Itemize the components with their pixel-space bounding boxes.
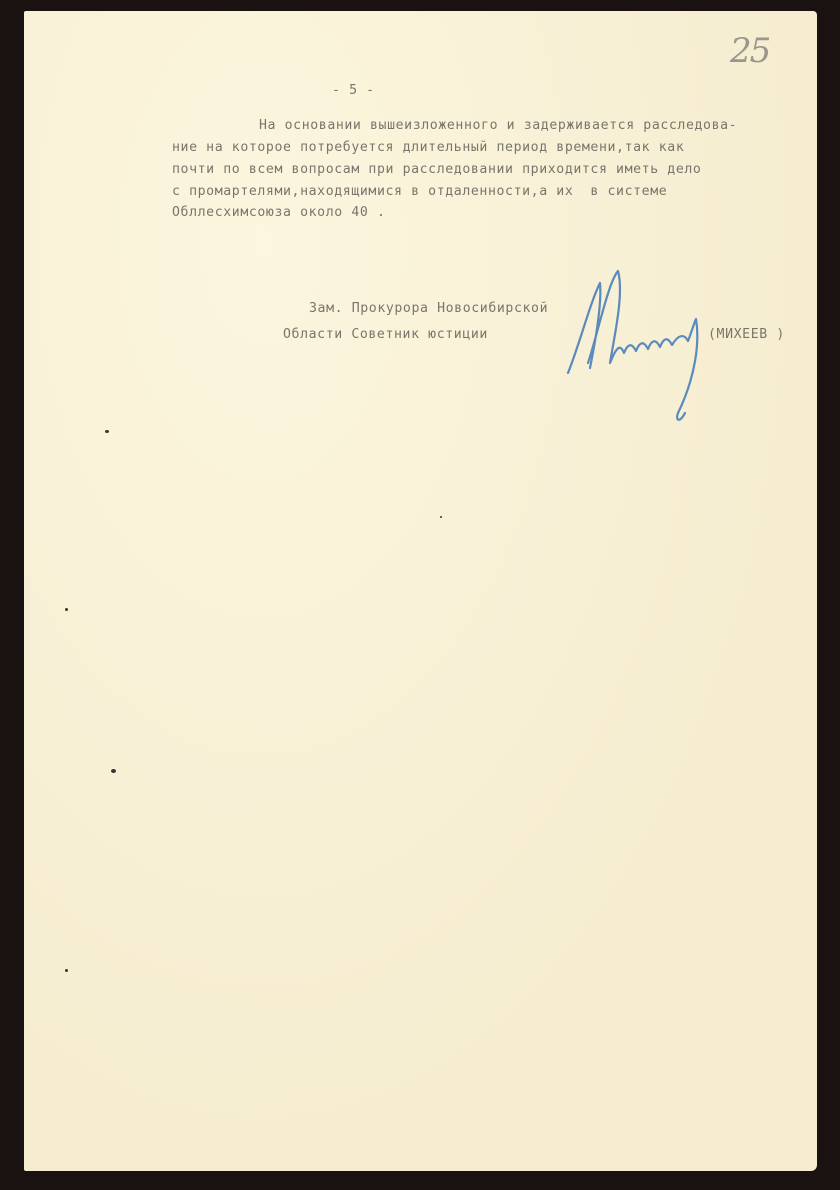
body-line: почти по всем вопросам при расследовании… [172,162,701,177]
ink-speck [440,516,442,518]
ink-speck [105,430,109,433]
body-line: ние на которое потребуется длительный пе… [172,140,684,155]
ink-speck [111,769,116,773]
body-line: На основании вышеизложенного и задержива… [259,118,737,133]
document-page: 25 - 5 - На основании вышеизложенного и … [24,11,817,1171]
ink-speck [65,969,68,972]
signatory-rank: Области Советник юстиции [283,327,488,342]
handwritten-signature-icon [560,263,740,423]
ink-speck [65,608,68,611]
body-line: Обллесхимсоюза около 40 . [172,205,386,220]
page-number: - 5 - [332,83,375,98]
signatory-title: Зам. Прокурора Новосибирской [309,301,548,316]
body-line: с промартелями,находящимися в отдаленнос… [172,184,667,199]
folio-number: 25 [730,31,769,71]
